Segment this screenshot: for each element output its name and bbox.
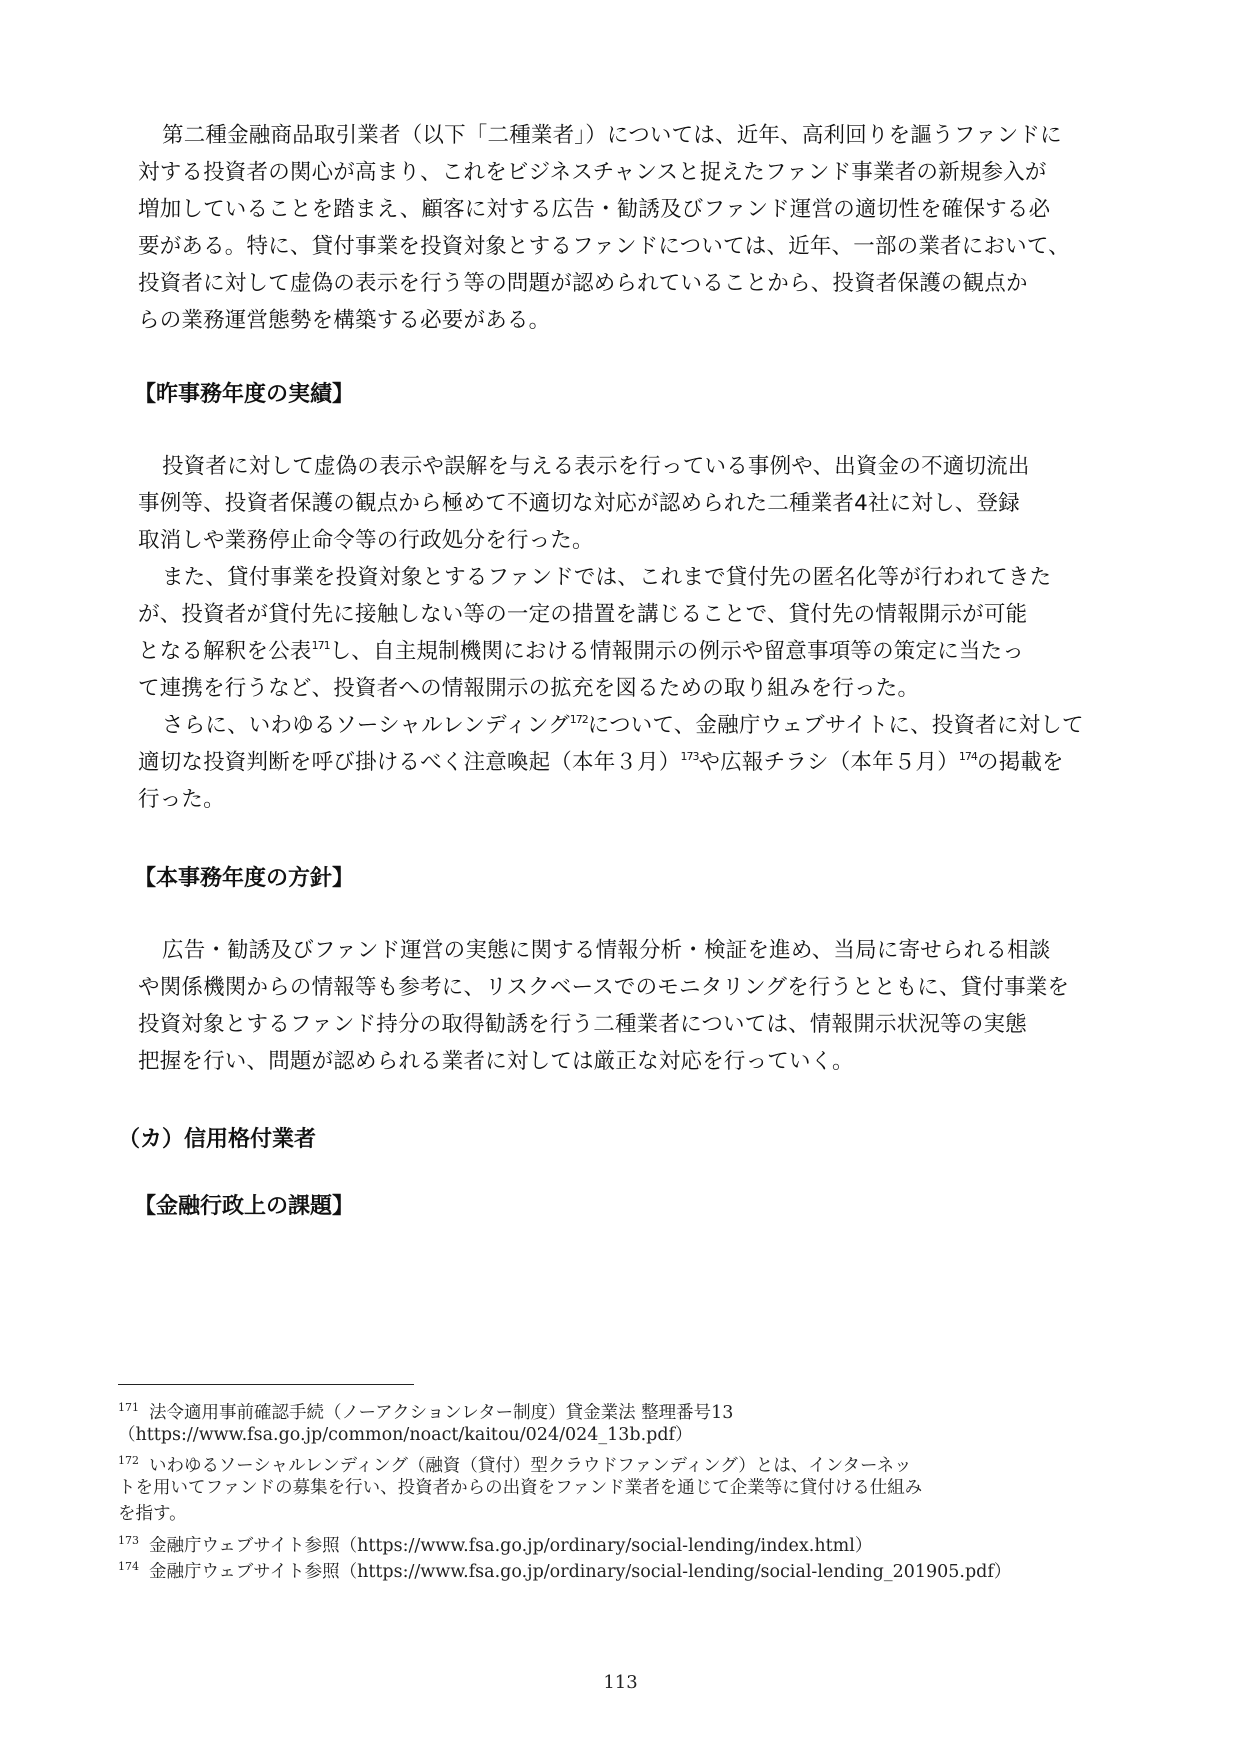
text-line: 適切な投資判断を呼び掛けるべく注意喚起（本年３月）173や広報チラシ（本年５月）… xyxy=(138,744,1113,781)
text-line: 広告・勧誘及びファンド運営の実態に関する情報分析・検証を進め、当局に寄せられる相… xyxy=(138,932,1113,969)
text-line: 取消しや業務停止命令等の行政処分を行った。 xyxy=(138,522,1113,559)
text-line: 投資者に対して虚偽の表示や誤解を与える表示を行っている事例や、出資金の不適切流出 xyxy=(138,448,1113,485)
text-line: また、貸付事業を投資対象とするファンドでは、これまで貸付先の匿名化等が行われてき… xyxy=(138,559,1113,596)
text-line: らの業務運営態勢を構築する必要がある。 xyxy=(138,302,1113,339)
footnote-text: いわゆるソーシャルレンディング（融資（貸付）型クラウドファンディング）とは、イン… xyxy=(149,1456,912,1476)
footnote-number: 174 xyxy=(118,1560,139,1573)
text-segment: や広報チラシ（本年５月） xyxy=(699,750,959,775)
text-line: 事例等、投資者保護の観点から極めて不適切な対応が認められた二種業者4社に対し、登… xyxy=(138,485,1113,522)
footnote-174: 174金融庁ウェブサイト参照（https://www.fsa.go.jp/ord… xyxy=(118,1554,1118,1581)
footnote-ref-173[interactable]: 173 xyxy=(681,750,699,763)
policy-paragraph: 広告・勧誘及びファンド運営の実態に関する情報分析・検証を進め、当局に寄せられる相… xyxy=(138,932,1113,1080)
text-line: 第二種金融商品取引業者（以下「二種業者」）については、近年、高利回りを謳うファン… xyxy=(138,117,1113,154)
footnote-ref-174[interactable]: 174 xyxy=(959,750,977,763)
footnote-171: 171法令適用事前確認手続（ノーアクションレター制度）貸金業法 整理番号13 （… xyxy=(118,1395,1118,1448)
text-line: 投資者に対して虚偽の表示を行う等の問題が認められていることから、投資者保護の観点… xyxy=(138,265,1113,302)
text-line: や関係機関からの情報等も参考に、リスクベースでのモニタリングを行うとともに、貸付… xyxy=(138,969,1113,1006)
text-segment: となる解釈を公表 xyxy=(138,639,312,664)
text-line: さらに、いわゆるソーシャルレンディング172について、金融庁ウェブサイトに、投資… xyxy=(138,707,1113,744)
text-line: 対する投資者の関心が高まり、これをビジネスチャンスと捉えたファンド事業者の新規参… xyxy=(138,154,1113,191)
footnotes: 171法令適用事前確認手続（ノーアクションレター制度）貸金業法 整理番号13 （… xyxy=(118,1395,1118,1581)
footnote-number: 173 xyxy=(118,1534,139,1547)
footnote-text: を指す。 xyxy=(118,1501,1118,1528)
text-line: 投資対象とするファンド持分の取得勧誘を行う二種業者については、情報開示状況等の実… xyxy=(138,1006,1113,1043)
text-segment: の掲載を xyxy=(977,750,1064,775)
text-segment: について、金融庁ウェブサイトに、投資者に対して xyxy=(588,713,1084,738)
text-segment: し、自主規制機関における情報開示の例示や留意事項等の策定に当たっ xyxy=(330,639,1024,664)
section-heading-issues: 【金融行政上の課題】 xyxy=(134,1192,354,1222)
section-heading-policy: 【本事務年度の方針】 xyxy=(134,864,354,894)
text-line: 要がある。特に、貸付事業を投資対象とするファンドについては、近年、一部の業者にお… xyxy=(138,228,1113,265)
footnote-ref-172[interactable]: 172 xyxy=(570,713,588,726)
text-line: 把握を行い、問題が認められる業者に対しては厳正な対応を行っていく。 xyxy=(138,1043,1113,1080)
text-line: て連携を行うなど、投資者への情報開示の拡充を図るための取り組みを行った。 xyxy=(138,670,1113,707)
footnote-number: 172 xyxy=(118,1454,139,1467)
text-segment: 適切な投資判断を呼び掛けるべく注意喚起（本年３月） xyxy=(138,750,681,775)
footnote-number: 171 xyxy=(118,1401,139,1414)
section-heading-results: 【昨事務年度の実績】 xyxy=(134,380,354,410)
text-line: が、投資者が貸付先に接触しない等の一定の措置を講じることで、貸付先の情報開示が可… xyxy=(138,596,1113,633)
section-title-credit-rating: （カ）信用格付業者 xyxy=(118,1125,316,1155)
results-paragraphs: 投資者に対して虚偽の表示や誤解を与える表示を行っている事例や、出資金の不適切流出… xyxy=(138,448,1113,818)
footnote-ref-171[interactable]: 171 xyxy=(312,639,330,652)
text-segment: さらに、いわゆるソーシャルレンディング xyxy=(162,713,570,738)
text-line: 増加していることを踏まえ、顧客に対する広告・勧誘及びファンド運営の適切性を確保す… xyxy=(138,191,1113,228)
page-number: 113 xyxy=(0,1672,1241,1693)
footnote-172: 172いわゆるソーシャルレンディング（融資（貸付）型クラウドファンディング）とは… xyxy=(118,1448,1118,1528)
text-line: となる解釈を公表171し、自主規制機関における情報開示の例示や留意事項等の策定に… xyxy=(138,633,1113,670)
footnote-173: 173金融庁ウェブサイト参照（https://www.fsa.go.jp/ord… xyxy=(118,1528,1118,1555)
text-line: 行った。 xyxy=(138,781,1113,818)
footnote-text: トを用いてファンドの募集を行い、投資者からの出資をファンド業者を通じて企業等に貸… xyxy=(118,1475,1118,1502)
intro-paragraph: 第二種金融商品取引業者（以下「二種業者」）については、近年、高利回りを謳うファン… xyxy=(138,117,1113,339)
footnote-link[interactable]: 金融庁ウェブサイト参照（https://www.fsa.go.jp/ordina… xyxy=(149,1536,872,1556)
footnote-link[interactable]: （https://www.fsa.go.jp/common/noact/kait… xyxy=(118,1422,1118,1449)
footnote-text: 法令適用事前確認手続（ノーアクションレター制度）貸金業法 整理番号13 xyxy=(149,1403,733,1423)
footnote-separator xyxy=(118,1384,414,1385)
footnote-link[interactable]: 金融庁ウェブサイト参照（https://www.fsa.go.jp/ordina… xyxy=(149,1562,1011,1582)
document-page: 第二種金融商品取引業者（以下「二種業者」）については、近年、高利回りを謳うファン… xyxy=(0,0,1241,1754)
